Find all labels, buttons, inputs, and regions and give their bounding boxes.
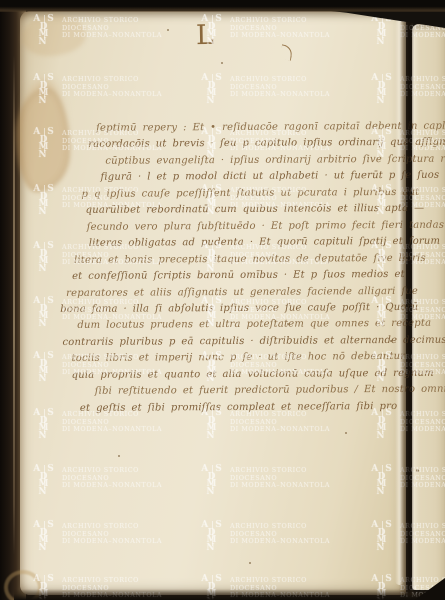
manuscript-line: cūptibus evangeliſta · ipſius ordinarij … xyxy=(105,152,401,170)
manuscript-line: reparatores et aliis aſſignatis ut gener… xyxy=(66,283,402,302)
manuscript-line: quarūlibet rebordinatū cum quibus intenc… xyxy=(86,201,402,219)
manuscript-line: litera et bonis preceptis itaque novitas… xyxy=(74,251,402,269)
quire-mark: L xyxy=(196,21,214,51)
foxing-speck xyxy=(416,469,419,472)
manuscript-line: ſeptimū repery : Et • reſiduacōe ragonī … xyxy=(96,119,401,137)
manuscript-line: figurā · l et p modol dicti ut alphabeti… xyxy=(100,168,401,186)
foxing-speck xyxy=(221,62,223,64)
manuscript-line: ſibi reſtituendo et fuerit predictorū pu… xyxy=(95,382,403,400)
manuscript-line: quia propriis et quanto et alia volucion… xyxy=(72,366,403,384)
page-edge-highlight xyxy=(13,55,15,555)
photo-canvas: L ſeptimū repery : Et • reſiduacōe ragon… xyxy=(0,0,445,600)
foxing-speck xyxy=(390,340,392,342)
foxing-speck xyxy=(167,29,169,31)
manuscript-line: contrariis pluribus p eā capitulis · diſ… xyxy=(62,333,402,352)
manuscript-line: et confeſſionū ſcriptis baronū omībus · … xyxy=(72,267,402,285)
manuscript-text: ſeptimū repery : Et • reſiduacōe ragonī … xyxy=(56,119,403,417)
foxing-speck xyxy=(287,323,289,325)
manuscript-line: dum locutus prudens et ultra poteſtatem … xyxy=(77,316,402,334)
manuscript-line: literas obligatas ad pudenta · Et quorū … xyxy=(89,234,402,252)
foxing-speck xyxy=(345,432,347,434)
manuscript-line: racordacōis ut brevis · ſeu p capitulo i… xyxy=(88,135,401,153)
manuscript-line: ſecundo vero plura ſubſtituēdo · Et poſt… xyxy=(87,218,402,236)
manuscript-line: et geſtis et ſibi promiſſas compleat et … xyxy=(80,399,403,417)
watermark-text-line: DI MODENA–NONANTOLA xyxy=(400,592,445,600)
manuscript-line: bona fama · illa ſi abſolutis ipſius voc… xyxy=(60,300,402,319)
manuscript-line: tociis libris et imperij nunc p ſe · ut … xyxy=(72,349,403,367)
manuscript-line: p q ipſius cauſe pceſſiſſent ſtatutis ut… xyxy=(82,185,402,203)
foxing-speck xyxy=(118,455,120,457)
foxing-speck xyxy=(249,562,251,564)
